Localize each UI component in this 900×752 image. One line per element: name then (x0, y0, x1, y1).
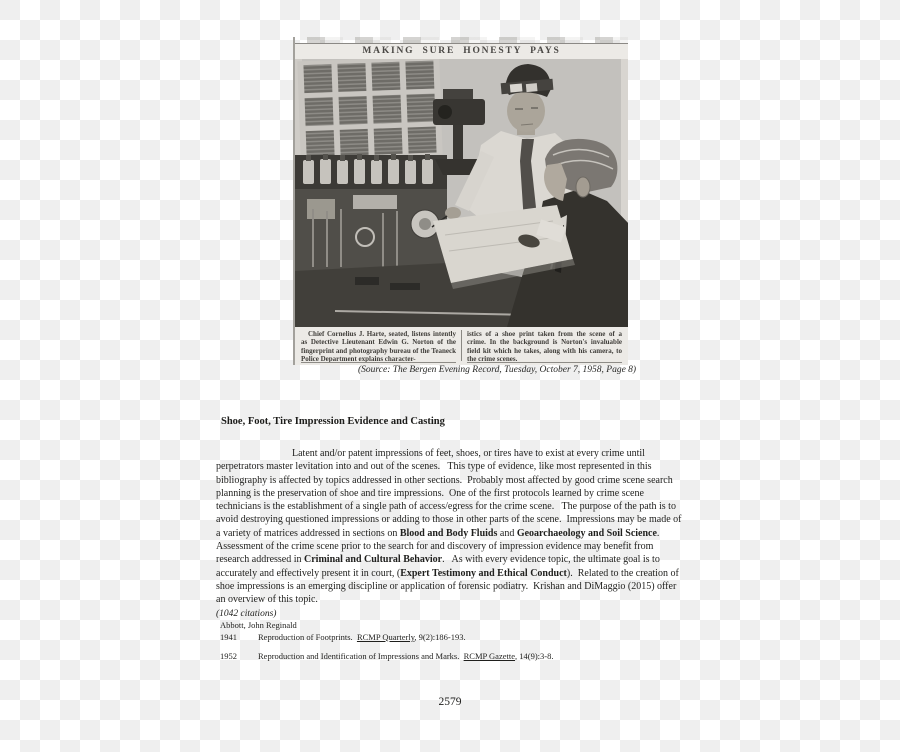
entry-text: Reproduction and Identification of Impre… (258, 651, 690, 661)
body-paragraph: Latent and/or patent impressions of feet… (216, 447, 688, 607)
bold-crossref: Blood and Body Fluids (400, 528, 498, 539)
entry-year: 1952 (220, 651, 258, 661)
paragraph-text: and (497, 528, 516, 539)
citation-count-note: (1042 citations) (216, 608, 688, 621)
source-attribution: (Source: The Bergen Evening Record, Tues… (358, 365, 636, 375)
section-heading: Shoe, Foot, Tire Impression Evidence and… (221, 416, 445, 427)
caption-right-column: istics of a shoe print taken from the sc… (467, 330, 622, 363)
section-body: Latent and/or patent impressions of feet… (216, 447, 688, 620)
entry-title: Reproduction of Footprints. (258, 632, 357, 642)
newspaper-photo-illustration (295, 59, 628, 327)
newspaper-caption: Chief Cornelius J. Harte, seated, listen… (295, 327, 628, 365)
entry-year: 1941 (220, 632, 258, 642)
entry-detail: , 9(2):186-193. (414, 632, 465, 642)
bibliography-author: Abbott, John Reginald (220, 620, 690, 631)
newspaper-clipping: MAKING SURE HONESTY PAYS (293, 37, 628, 365)
bibliography-entry: 1941 Reproduction of Footprints. RCMP Qu… (220, 632, 690, 642)
bibliography-entry: 1952 Reproduction and Identification of … (220, 651, 690, 661)
entry-title: Reproduction and Identification of Impre… (258, 651, 464, 661)
entry-journal: RCMP Gazette (464, 651, 515, 661)
entry-journal: RCMP Quarterly (357, 632, 414, 642)
lab-shelf-icon (295, 154, 447, 271)
entry-detail: , 14(9):3-8. (515, 651, 553, 661)
bold-crossref: Geoarchaeology and Soil Science (517, 528, 657, 539)
scanned-document-page: { "background": { "checker_light": "#fff… (0, 0, 900, 752)
bold-crossref: Expert Testimony and Ethical Conduct (400, 568, 567, 579)
bibliography-block: Abbott, John Reginald 1941 Reproduction … (220, 620, 690, 661)
paragraph-text: Latent and/or patent impressions of feet… (216, 448, 684, 539)
window-blinds-icon (297, 59, 442, 159)
page-number: 2579 (0, 696, 900, 708)
caption-column-divider (461, 330, 462, 361)
bold-crossref: Criminal and Cultural Behavior (304, 554, 442, 565)
entry-text: Reproduction of Footprints. RCMP Quarter… (258, 632, 690, 642)
newspaper-headline: MAKING SURE HONESTY PAYS (295, 43, 628, 59)
newspaper-photo (295, 59, 628, 327)
caption-left-column: Chief Cornelius J. Harte, seated, listen… (301, 330, 456, 363)
